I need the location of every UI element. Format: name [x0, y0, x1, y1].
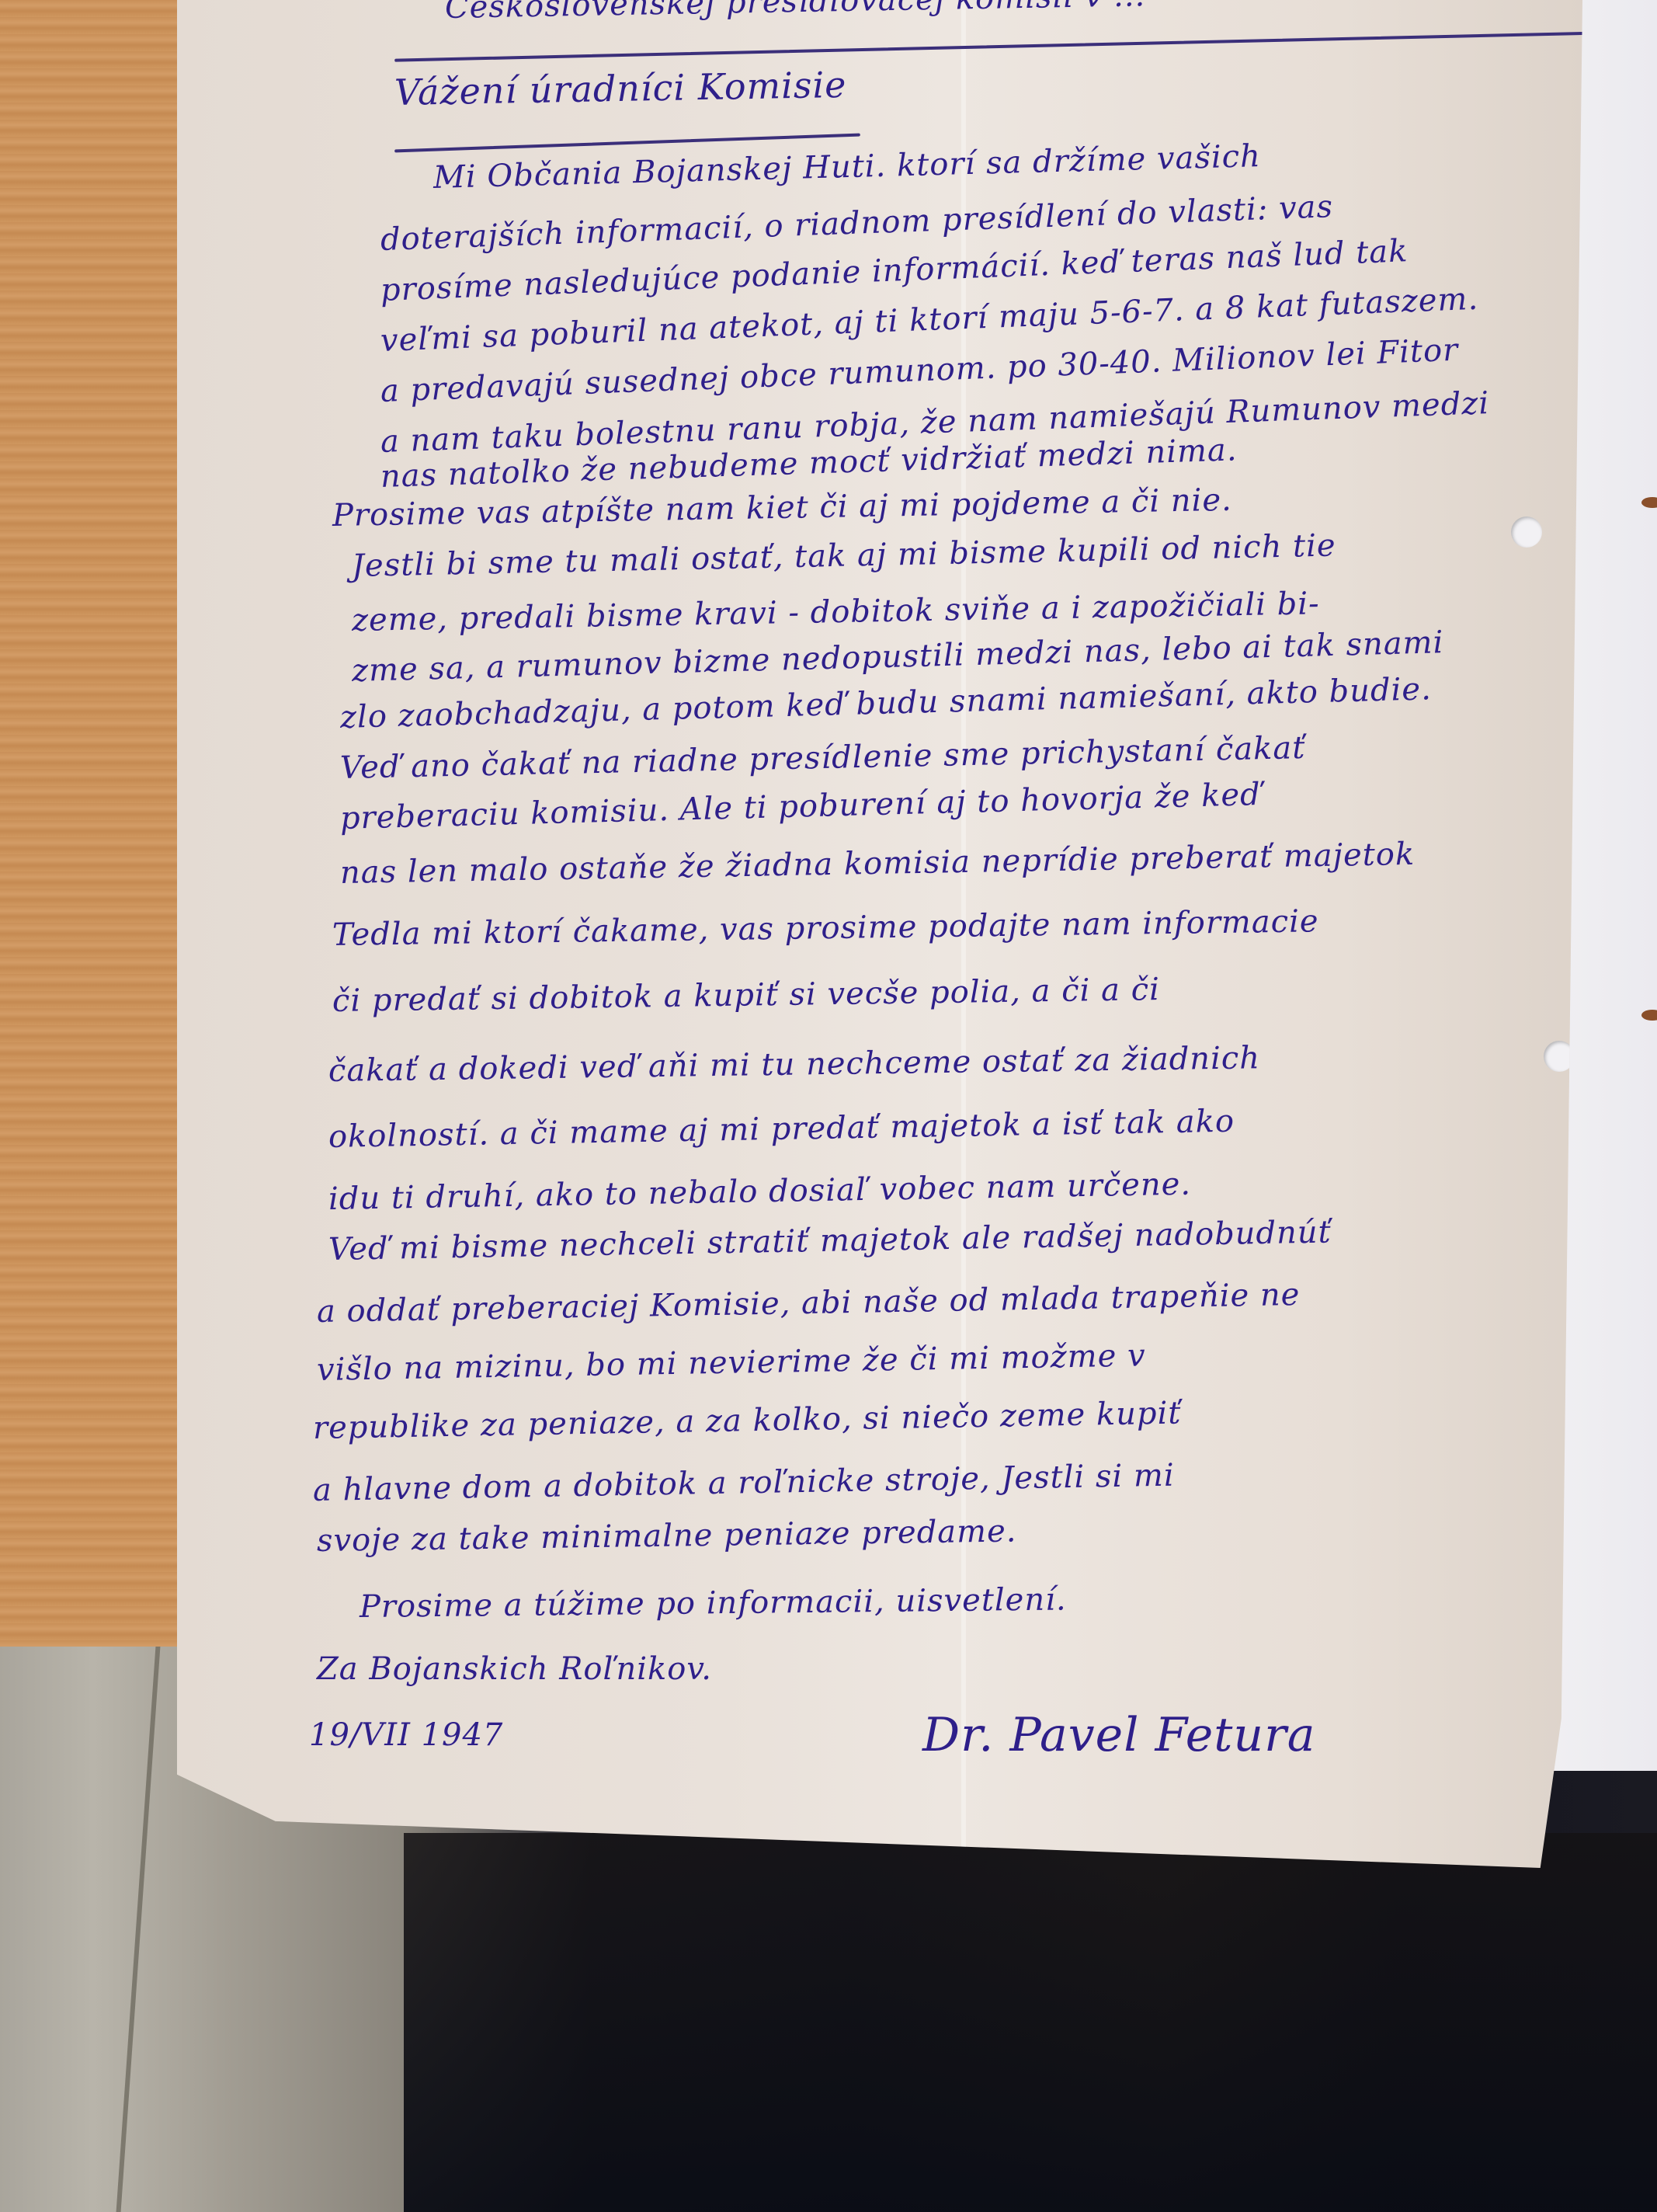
- text-line: čakať a dokedi veď aňi mi tu nechceme os…: [328, 1039, 1261, 1090]
- shadow-area: [404, 1833, 1657, 2212]
- text-line: okolností. a či mame aj mi predať majeto…: [328, 1103, 1235, 1156]
- text-line: Prosime a túžime po informacii, uisvetle…: [360, 1581, 1067, 1626]
- header-underline: [394, 31, 1606, 61]
- text-line: svoje za take minimalne peniaze predame.: [317, 1512, 1017, 1560]
- letter-header: Československej presídlovacej komisii v …: [445, 0, 1146, 26]
- text-line: idu ti druhí, ako to nebalo dosiaľ vobec…: [328, 1166, 1192, 1218]
- text-line: Veď mi bisme nechceli stratiť majetok al…: [328, 1213, 1332, 1268]
- letter-signature: Dr. Pavel Fetura: [922, 1716, 1316, 1754]
- punch-hole-back: [1641, 1010, 1657, 1021]
- text-line: Tedla mi ktorí čakame, vas prosime podaj…: [332, 903, 1319, 954]
- text-line: a oddať preberaciej Komisie, abi naše od…: [317, 1276, 1301, 1330]
- letter-paper: Československej presídlovacej komisii v …: [177, 0, 1582, 1868]
- letter-date: 19/VII 1947: [309, 1716, 503, 1754]
- punch-hole-back: [1641, 497, 1657, 508]
- text-line: nas len malo ostaňe že žiadna komisia ne…: [340, 836, 1416, 892]
- photo-scene: Československej presídlovacej komisii v …: [0, 0, 1657, 2212]
- punch-hole: [1511, 516, 1542, 548]
- letter-closing: Za Bojanskich Roľnikov.: [317, 1650, 712, 1688]
- text-line: republike za peniaze, a za kolko, si nie…: [313, 1394, 1182, 1447]
- text-line: višlo na mizinu, bo mi nevierime že či m…: [317, 1337, 1146, 1389]
- wooden-desk: [0, 0, 202, 1653]
- text-line: či predať si dobitok a kupiť si vecše po…: [332, 971, 1161, 1020]
- text-line: a hlavne dom a dobitok a roľnicke stroje…: [313, 1457, 1176, 1509]
- text-line: Jestli bi sme tu mali ostať, tak aj mi b…: [351, 527, 1336, 585]
- letter-salutation: Vážení úradníci Komisie: [394, 66, 847, 111]
- text-line: preberaciu komisiu. Ale ti poburení aj t…: [339, 776, 1261, 837]
